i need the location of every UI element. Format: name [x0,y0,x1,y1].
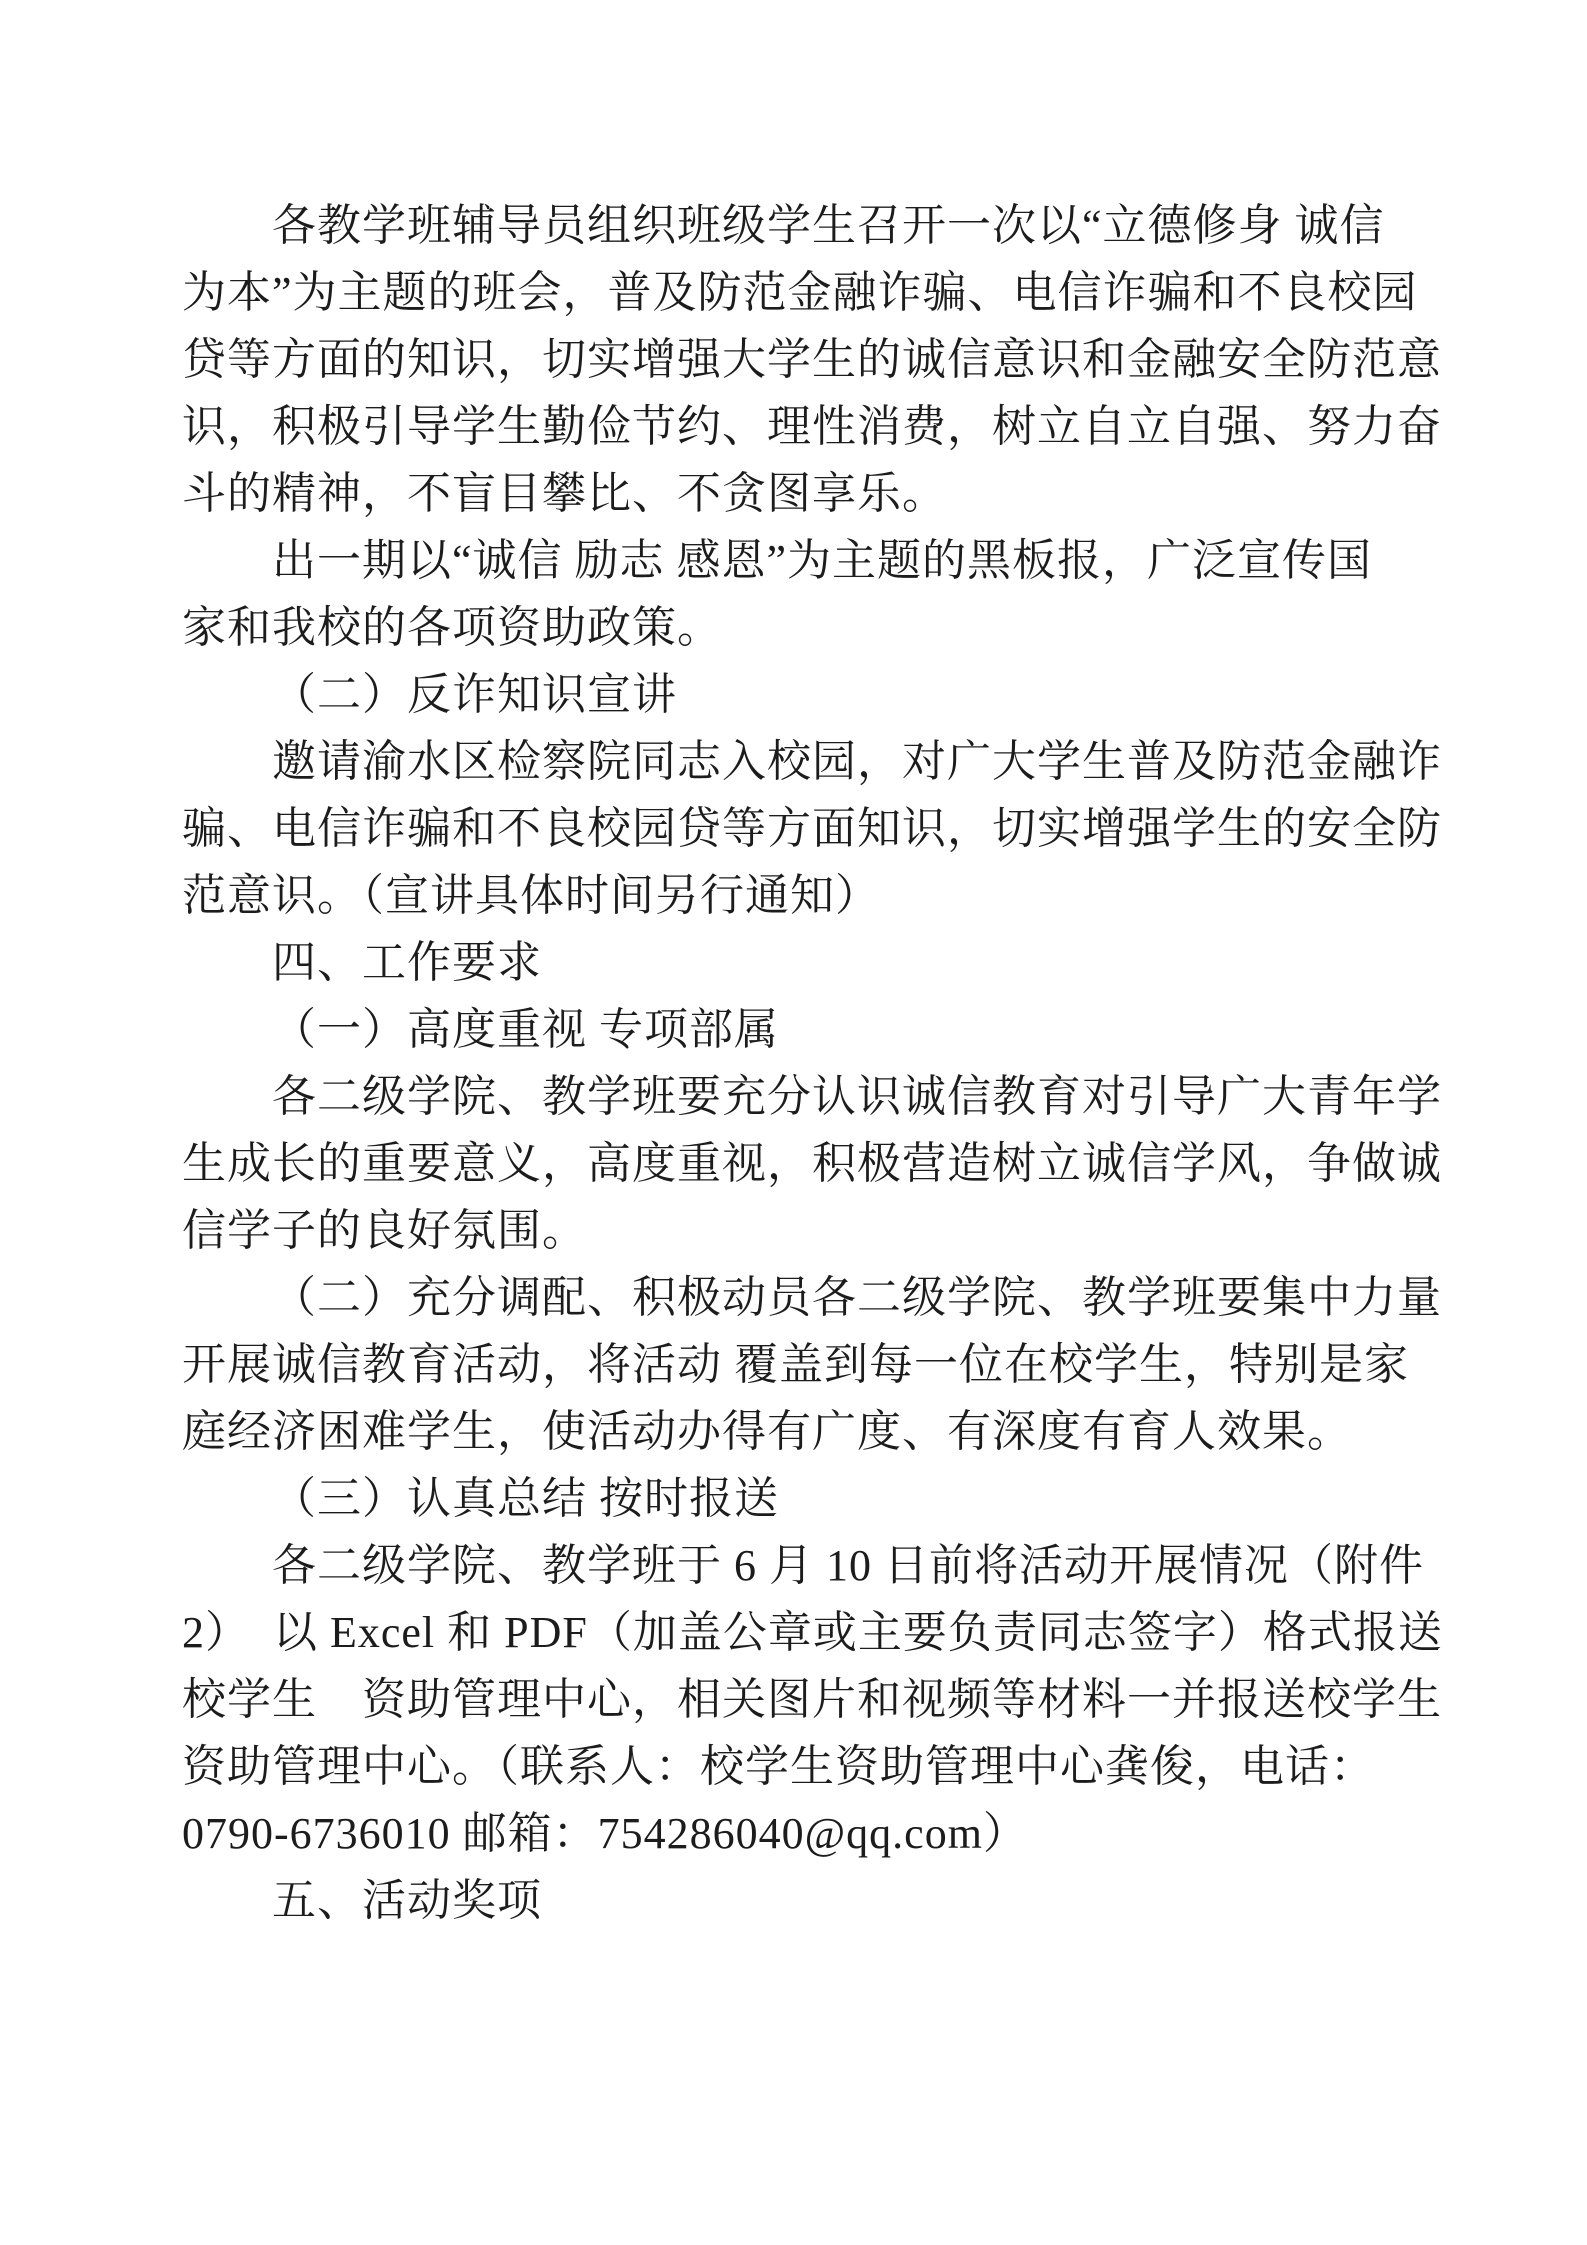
section-heading: （一）高度重视 专项部属 [182,996,1386,1063]
paragraph: 各教学班辅导员组织班级学生召开一次以“立德修身 诚信 为本”为主题的班会，普及防… [182,192,1386,527]
document-line: （二）充分调配、积极动员各二级学院、教学班要集中力量 [182,1264,1386,1331]
document-page: 各教学班辅导员组织班级学生召开一次以“立德修身 诚信 为本”为主题的班会，普及防… [0,0,1587,2245]
document-line: 各教学班辅导员组织班级学生召开一次以“立德修身 诚信 [182,192,1386,259]
section-heading: （三）认真总结 按时报送 [182,1465,1386,1532]
document-line: 贷等方面的知识，切实增强大学生的诚信意识和金融安全防范意 [182,326,1386,393]
document-line: （二）反诈知识宣讲 [182,661,1386,728]
document-line: 四、工作要求 [182,929,1386,996]
section-heading: 五、活动奖项 [182,1867,1386,1934]
section-heading: 四、工作要求 [182,929,1386,996]
document-line: 庭经济困难学生，使活动办得有广度、有深度有育人效果。 [182,1398,1386,1465]
document-line: 校学生 资助管理中心，相关图片和视频等材料一并报送校学生 [182,1666,1386,1733]
section-heading: （二）反诈知识宣讲 [182,661,1386,728]
paragraph: （二）充分调配、积极动员各二级学院、教学班要集中力量 开展诚信教育活动，将活动 … [182,1264,1386,1465]
document-line: 家和我校的各项资助政策。 [182,594,1386,661]
paragraph: 出一期以“诚信 励志 感恩”为主题的黑板报，广泛宣传国 家和我校的各项资助政策。 [182,527,1386,661]
document-line: 生成长的重要意义，高度重视，积极营造树立诚信学风，争做诚 [182,1130,1386,1197]
paragraph: 邀请渝水区检察院同志入校园，对广大学生普及防范金融诈 骗、电信诈骗和不良校园贷等… [182,728,1386,929]
document-line: （一）高度重视 专项部属 [182,996,1386,1063]
document-line: 为本”为主题的班会，普及防范金融诈骗、电信诈骗和不良校园 [182,259,1386,326]
document-line: （三）认真总结 按时报送 [182,1465,1386,1532]
document-text-block: 各教学班辅导员组织班级学生召开一次以“立德修身 诚信 为本”为主题的班会，普及防… [182,192,1386,1934]
document-line: 开展诚信教育活动，将活动 覆盖到每一位在校学生，特别是家 [182,1331,1386,1398]
document-line: 出一期以“诚信 励志 感恩”为主题的黑板报，广泛宣传国 [182,527,1386,594]
document-line: 各二级学院、教学班于 6 月 10 日前将活动开展情况（附件 [182,1532,1386,1599]
document-line: 邀请渝水区检察院同志入校园，对广大学生普及防范金融诈 [182,728,1386,795]
document-line: 骗、电信诈骗和不良校园贷等方面知识，切实增强学生的安全防 [182,795,1386,862]
document-line: 信学子的良好氛围。 [182,1197,1386,1264]
document-line: 识，积极引导学生勤俭节约、理性消费，树立自立自强、努力奋 [182,393,1386,460]
paragraph: 各二级学院、教学班要充分认识诚信教育对引导广大青年学 生成长的重要意义，高度重视… [182,1063,1386,1264]
document-line: 范意识。（宣讲具体时间另行通知） [182,862,1386,929]
document-line: 资助管理中心。（联系人：校学生资助管理中心龚俊，电话： [182,1733,1386,1800]
document-line: 五、活动奖项 [182,1867,1386,1934]
document-line: 各二级学院、教学班要充分认识诚信教育对引导广大青年学 [182,1063,1386,1130]
paragraph: 各二级学院、教学班于 6 月 10 日前将活动开展情况（附件 2） 以 Exce… [182,1532,1386,1867]
document-line: 2） 以 Excel 和 PDF（加盖公章或主要负责同志签字）格式报送 [182,1599,1386,1666]
document-line: 0790-6736010 邮箱：754286040@qq.com） [182,1800,1386,1867]
document-line: 斗的精神，不盲目攀比、不贪图享乐。 [182,460,1386,527]
